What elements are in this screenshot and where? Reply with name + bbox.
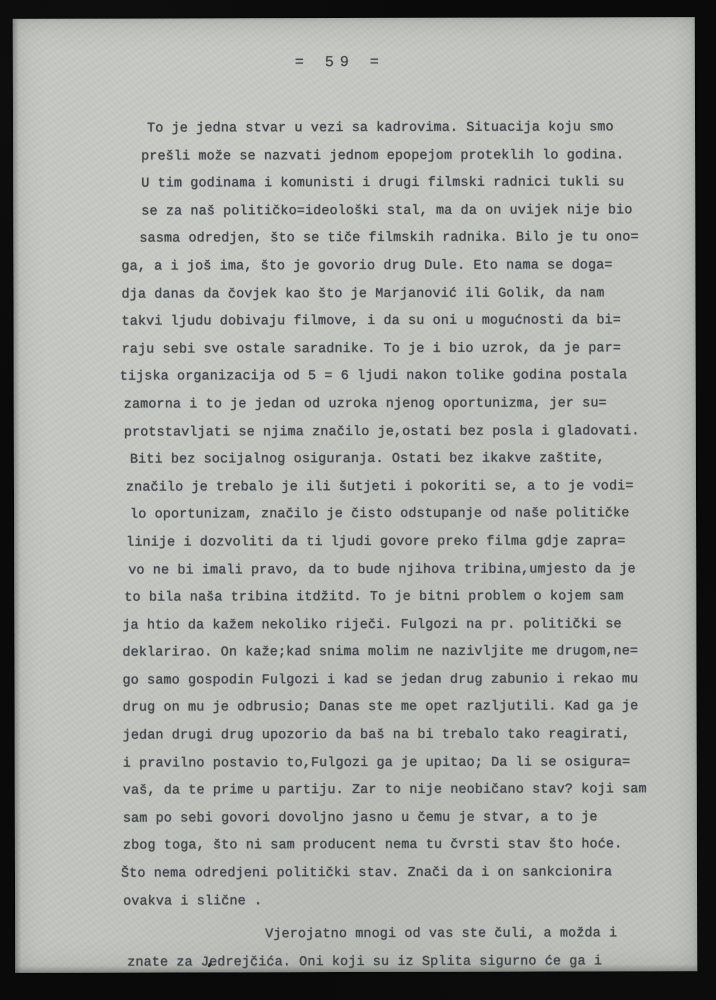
text-line: znate za Jedrejčića. Oni koji su iz Spli…	[15, 948, 697, 977]
text-line: Biti bez socijalnog osiguranja. Ostati b…	[14, 445, 696, 474]
text-line: lo oportunizam, značilo je čisto odstupa…	[14, 500, 696, 529]
text-line: vo ne bi imali pravo, da to bude njihova…	[14, 556, 696, 585]
text-line: dja danas da čovjek kao što je Marjanovi…	[13, 280, 695, 309]
text-line: deklarirao. On kaže;kad snima molim ne n…	[14, 638, 696, 667]
text-line: drug on mu je odbrusio; Danas ste me ope…	[15, 694, 697, 723]
text-line: tijska organizacija od 5 = 6 ljudi nakon…	[14, 362, 696, 391]
text-line: takvi ljudu dobivaju filmove, i da su on…	[14, 307, 696, 336]
text-line: to bila naša tribina itdžitd. To je bitn…	[14, 583, 696, 612]
document-page: = 59 = To je jedna stvar u vezi sa kadro…	[13, 17, 697, 973]
text-line: zamorna i to je jedan od uzroka njenog o…	[14, 390, 696, 419]
scan-background: = 59 = To je jedna stvar u vezi sa kadro…	[0, 0, 716, 1000]
text-line: sam po sebi govori dovoljno jasno u čemu…	[15, 804, 697, 833]
text-line: Što nema odredjeni politički stav. Znači…	[15, 859, 697, 888]
text-line: prešli može se nazvati jednom epopejom p…	[13, 142, 695, 171]
text-line: raju sebi sve ostale saradnike. To je i …	[14, 335, 696, 364]
text-line: vaš, da te prime u partiju. Zar to nije …	[15, 776, 697, 805]
text-line: To je jedna stvar u vezi sa kadrovima. S…	[13, 114, 695, 143]
text-line: protstavljati se njima značilo je,ostati…	[14, 418, 696, 447]
text-line: jedan drugi drug upozorio da baš na bi t…	[15, 721, 697, 750]
text-line: go samo gospodin Fulgozi i kad se jedan …	[14, 666, 696, 695]
text-line: se za naš političko=ideološki stal, ma d…	[13, 197, 695, 226]
text-line: U tim godinama i komunisti i drugi films…	[13, 169, 695, 198]
text-line: ga, a i još ima, što je govorio drug Dul…	[13, 252, 695, 281]
typewritten-text-block: To je jedna stvar u vezi sa kadrovima. S…	[13, 114, 697, 977]
text-line: ja htio da kažem nekoliko riječi. Fulgoz…	[14, 611, 696, 640]
text-line: sasma odredjen, što se tiče filmskih rad…	[13, 224, 695, 253]
text-line: zbog toga, što ni sam producent nema tu …	[15, 832, 697, 861]
text-line: linije i dozvoliti da ti ljudi govore pr…	[14, 528, 696, 557]
text-line: značilo je trebalo je ili šutjeti i poko…	[14, 473, 696, 502]
text-line: ovakva i slične .	[15, 887, 697, 916]
page-number: = 59 =	[295, 54, 385, 71]
text-line: Vjerojatno mnogi od vas ste čuli, a možd…	[15, 920, 697, 949]
text-line: i pravilno postavio to,Fulgozi ga je upi…	[15, 749, 697, 778]
